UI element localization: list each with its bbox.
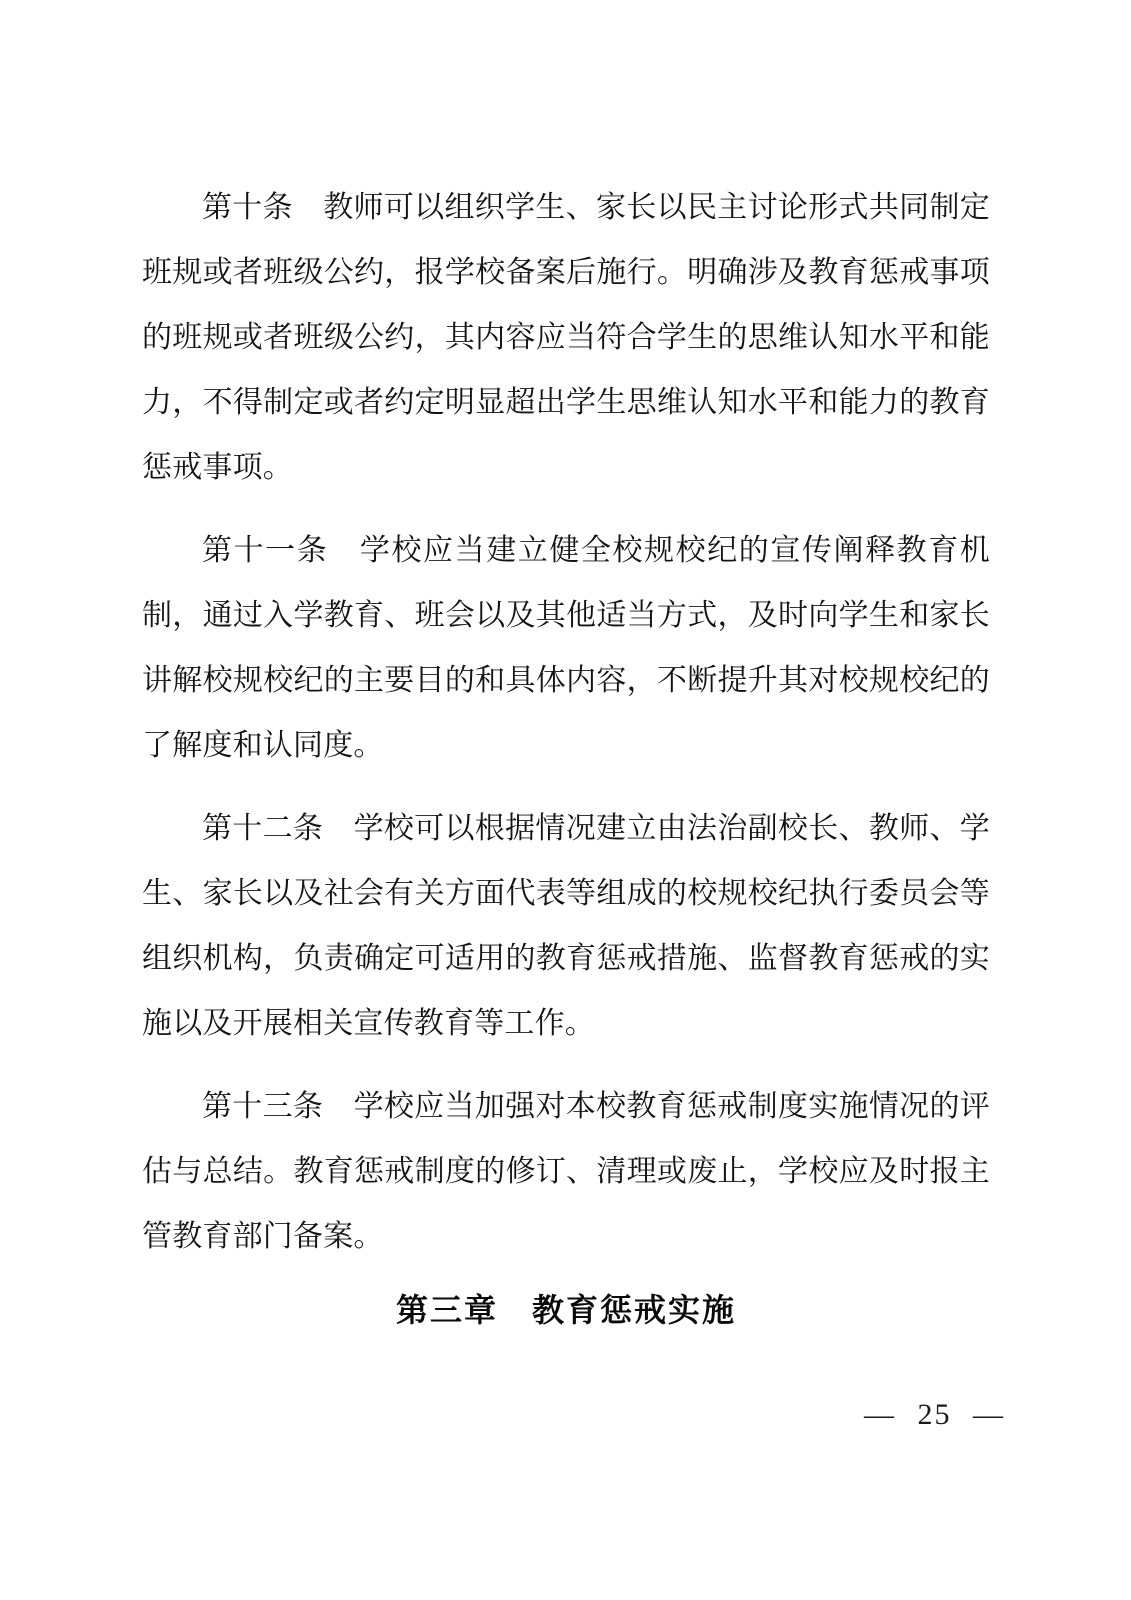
article-paragraph-11: 第十一条 学校应当建立健全校规校纪的宣传阐释教育机制，通过入学教育、班会以及其他… (142, 518, 990, 778)
article-text: 学校应当建立健全校规校纪的宣传阐释教育机制，通过入学教育、班会以及其他适当方式，… (142, 534, 990, 762)
chapter-heading: 第三章 教育惩戒实施 (142, 1287, 990, 1333)
article-number: 第十一条 (202, 534, 328, 567)
article-text: 学校可以根据情况建立由法治副校长、教师、学生、家长以及社会有关方面代表等组成的校… (142, 812, 990, 1040)
article-number: 第十条 (202, 191, 293, 224)
article-separator (328, 534, 360, 567)
document-page: 第十条 教师可以组织学生、家长以民主讨论形式共同制定班规或者班级公约，报学校备案… (0, 0, 1131, 1600)
article-number: 第十二条 (202, 812, 323, 845)
article-separator (323, 1090, 353, 1123)
article-number: 第十三条 (202, 1090, 323, 1123)
article-text: 教师可以组织学生、家长以民主讨论形式共同制定班规或者班级公约，报学校备案后施行。… (142, 191, 990, 484)
article-paragraph-10: 第十条 教师可以组织学生、家长以民主讨论形式共同制定班规或者班级公约，报学校备案… (142, 175, 990, 500)
page-number: — 25 — (864, 1398, 1005, 1432)
document-content: 第十条 教师可以组织学生、家长以民主讨论形式共同制定班规或者班级公约，报学校备案… (0, 0, 1131, 1333)
article-paragraph-12: 第十二条 学校可以根据情况建立由法治副校长、教师、学生、家长以及社会有关方面代表… (142, 796, 990, 1056)
article-separator (293, 191, 323, 224)
article-paragraph-13: 第十三条 学校应当加强对本校教育惩戒制度实施情况的评估与总结。教育惩戒制度的修订… (142, 1074, 990, 1269)
article-separator (323, 812, 353, 845)
